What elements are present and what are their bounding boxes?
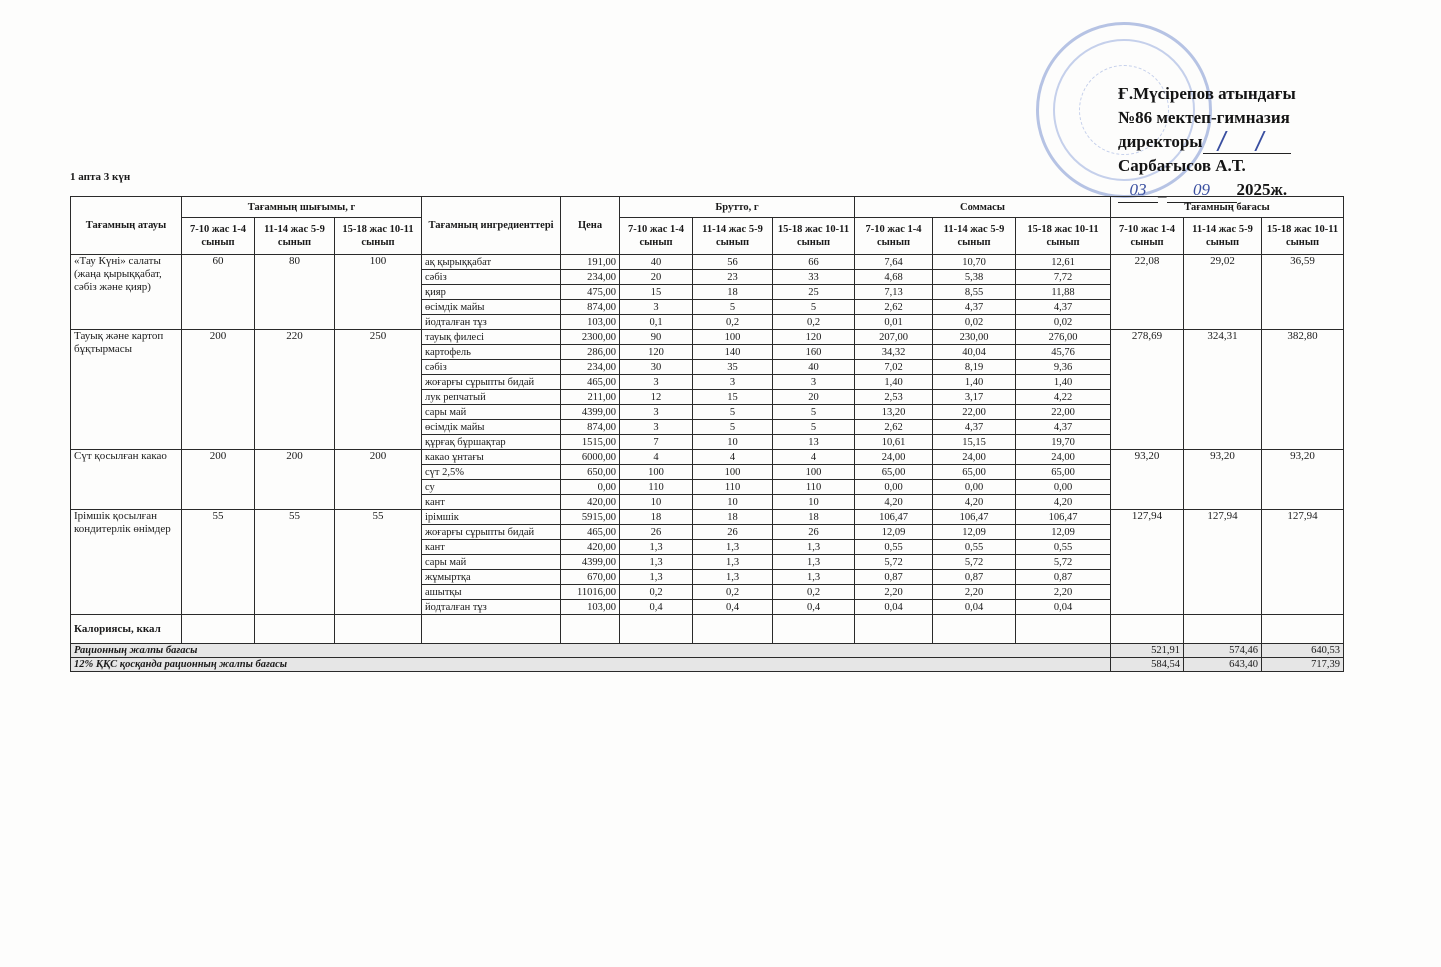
- brutto-age3: 120: [773, 330, 855, 345]
- ingredient-price: 465,00: [561, 375, 620, 390]
- ingredient-name: ірімшік: [422, 510, 561, 525]
- ingredient-price: 874,00: [561, 420, 620, 435]
- approval-line-name: Сарбағысов А.Т.: [1118, 154, 1296, 178]
- header-cost-group: Тағамның бағасы: [1111, 197, 1344, 218]
- dish-yield-age3: 55: [335, 510, 422, 615]
- ingredient-price: 650,00: [561, 465, 620, 480]
- dish-name: «Тау Күні» салаты (жаңа қырыққабат, сәбі…: [71, 255, 182, 330]
- brutto-age2: 100: [693, 465, 773, 480]
- dish-yield-age3: 200: [335, 450, 422, 510]
- brutto-age1: 12: [620, 390, 693, 405]
- brutto-age2: 4: [693, 450, 773, 465]
- brutto-age3: 25: [773, 285, 855, 300]
- ingredient-price: 475,00: [561, 285, 620, 300]
- brutto-age1: 30: [620, 360, 693, 375]
- ingredient-price: 4399,00: [561, 555, 620, 570]
- dish-name: Ірімшік қосылған кондитерлік өнімдер: [71, 510, 182, 615]
- sum-age3: 12,61: [1016, 255, 1111, 270]
- header-brutto-group: Брутто, г: [620, 197, 855, 218]
- ingredient-name: сары май: [422, 405, 561, 420]
- menu-table: Тағамның атауы Тағамның шығымы, г Тағамн…: [70, 196, 1344, 672]
- dish-cost-age3: 93,20: [1262, 450, 1344, 510]
- ingredient-name: ақ қырыққабат: [422, 255, 561, 270]
- brutto-age1: 3: [620, 375, 693, 390]
- approval-block: Ғ.Мүсірепов атындағы №86 мектеп-гимназия…: [1118, 82, 1296, 203]
- brutto-age3: 5: [773, 405, 855, 420]
- total-vat-row: 12% ҚҚС қосқанда рационның жалпы бағасы …: [71, 658, 1344, 672]
- sum-age3: 0,00: [1016, 480, 1111, 495]
- brutto-age2: 0,4: [693, 600, 773, 615]
- sum-age1: 207,00: [855, 330, 933, 345]
- sum-age2: 2,20: [933, 585, 1016, 600]
- header-sum-group: Соммасы: [855, 197, 1111, 218]
- sum-age3: 24,00: [1016, 450, 1111, 465]
- sum-age3: 19,70: [1016, 435, 1111, 450]
- total-age1: 521,91: [1111, 644, 1184, 658]
- brutto-age3: 26: [773, 525, 855, 540]
- brutto-age1: 3: [620, 420, 693, 435]
- brutto-age1: 1,3: [620, 540, 693, 555]
- ingredient-name: какао ұнтағы: [422, 450, 561, 465]
- brutto-age2: 0,2: [693, 315, 773, 330]
- brutto-age2: 15: [693, 390, 773, 405]
- total-vat-age1: 584,54: [1111, 658, 1184, 672]
- sum-age1: 4,68: [855, 270, 933, 285]
- sum-age2: 40,04: [933, 345, 1016, 360]
- sum-age2: 4,37: [933, 420, 1016, 435]
- ingredient-name: лук репчатый: [422, 390, 561, 405]
- sum-age3: 0,02: [1016, 315, 1111, 330]
- ingredient-price: 1515,00: [561, 435, 620, 450]
- sum-age1: 7,02: [855, 360, 933, 375]
- menu-body: «Тау Күні» салаты (жаңа қырыққабат, сәбі…: [71, 255, 1344, 615]
- sum-age3: 45,76: [1016, 345, 1111, 360]
- dish-yield-age2: 55: [255, 510, 335, 615]
- sum-age2: 0,04: [933, 600, 1016, 615]
- header-yield-age1: 7-10 жас 1-4 сынып: [182, 218, 255, 255]
- brutto-age3: 3: [773, 375, 855, 390]
- approval-line-school: Ғ.Мүсірепов атындағы: [1118, 82, 1296, 106]
- brutto-age3: 1,3: [773, 570, 855, 585]
- ingredient-name: жұмыртқа: [422, 570, 561, 585]
- sum-age1: 65,00: [855, 465, 933, 480]
- sum-age3: 4,37: [1016, 300, 1111, 315]
- ingredient-name: йодталған тұз: [422, 600, 561, 615]
- sum-age3: 2,20: [1016, 585, 1111, 600]
- header-yield-group: Тағамның шығымы, г: [182, 197, 422, 218]
- brutto-age1: 90: [620, 330, 693, 345]
- brutto-age2: 1,3: [693, 540, 773, 555]
- ingredient-price: 0,00: [561, 480, 620, 495]
- sum-age2: 65,00: [933, 465, 1016, 480]
- brutto-age3: 4: [773, 450, 855, 465]
- sum-age1: 1,40: [855, 375, 933, 390]
- dish-yield-age1: 60: [182, 255, 255, 330]
- dish-cost-age2: 29,02: [1184, 255, 1262, 330]
- ingredient-name: жоғарғы сұрыпты бидай: [422, 525, 561, 540]
- sum-age1: 7,64: [855, 255, 933, 270]
- dish-cost-age2: 127,94: [1184, 510, 1262, 615]
- brutto-age1: 1,3: [620, 570, 693, 585]
- dish-cost-age1: 22,08: [1111, 255, 1184, 330]
- dish-cost-age3: 382,80: [1262, 330, 1344, 450]
- brutto-age1: 110: [620, 480, 693, 495]
- ingredient-name: қияр: [422, 285, 561, 300]
- brutto-age3: 18: [773, 510, 855, 525]
- ingredient-price: 5915,00: [561, 510, 620, 525]
- sum-age2: 106,47: [933, 510, 1016, 525]
- brutto-age3: 1,3: [773, 555, 855, 570]
- ingredient-price: 670,00: [561, 570, 620, 585]
- brutto-age2: 140: [693, 345, 773, 360]
- sum-age1: 0,04: [855, 600, 933, 615]
- sum-age2: 22,00: [933, 405, 1016, 420]
- total-vat-age3: 717,39: [1262, 658, 1344, 672]
- brutto-age1: 100: [620, 465, 693, 480]
- header-cost-age3: 15-18 жас 10-11 сынып: [1262, 218, 1344, 255]
- sum-age1: 2,62: [855, 300, 933, 315]
- brutto-age2: 10: [693, 495, 773, 510]
- ingredient-name: құрғақ бұршақтар: [422, 435, 561, 450]
- sum-age2: 8,55: [933, 285, 1016, 300]
- brutto-age3: 0,2: [773, 585, 855, 600]
- dish-cost-age2: 93,20: [1184, 450, 1262, 510]
- calories-label: Калориясы, ккал: [71, 615, 182, 644]
- brutto-age1: 18: [620, 510, 693, 525]
- sum-age3: 5,72: [1016, 555, 1111, 570]
- dish-cost-age1: 278,69: [1111, 330, 1184, 450]
- ingredient-name: ашытқы: [422, 585, 561, 600]
- sum-age2: 0,02: [933, 315, 1016, 330]
- sum-age1: 2,20: [855, 585, 933, 600]
- menu-day-subtitle: 1 апта 3 күн: [70, 171, 130, 183]
- ingredient-row: Ірімшік қосылған кондитерлік өнімдер5555…: [71, 510, 1344, 525]
- dish-name: Сүт қосылған какао: [71, 450, 182, 510]
- brutto-age2: 10: [693, 435, 773, 450]
- brutto-age1: 10: [620, 495, 693, 510]
- dish-cost-age3: 127,94: [1262, 510, 1344, 615]
- sum-age3: 4,37: [1016, 420, 1111, 435]
- sum-age2: 12,09: [933, 525, 1016, 540]
- brutto-age2: 23: [693, 270, 773, 285]
- ingredient-row: Тауық және картоп бұқтырмасы200220250тау…: [71, 330, 1344, 345]
- ingredient-price: 11016,00: [561, 585, 620, 600]
- dish-yield-age2: 220: [255, 330, 335, 450]
- dish-yield-age3: 250: [335, 330, 422, 450]
- total-vat-age2: 643,40: [1184, 658, 1262, 672]
- sum-age3: 9,36: [1016, 360, 1111, 375]
- total-row: Рационның жалпы бағасы 521,91 574,46 640…: [71, 644, 1344, 658]
- brutto-age1: 0,1: [620, 315, 693, 330]
- sum-age3: 7,72: [1016, 270, 1111, 285]
- dish-yield-age1: 200: [182, 450, 255, 510]
- ingredient-name: сәбіз: [422, 360, 561, 375]
- brutto-age1: 15: [620, 285, 693, 300]
- sum-age2: 4,37: [933, 300, 1016, 315]
- header-brutto-age2: 11-14 жас 5-9 сынып: [693, 218, 773, 255]
- sum-age2: 0,87: [933, 570, 1016, 585]
- signature-line: [1203, 135, 1291, 154]
- approval-line-gymnasium: №86 мектеп-гимназия: [1118, 106, 1296, 130]
- brutto-age2: 5: [693, 300, 773, 315]
- ingredient-name: өсімдік майы: [422, 300, 561, 315]
- ingredient-price: 874,00: [561, 300, 620, 315]
- sum-age3: 0,87: [1016, 570, 1111, 585]
- ingredient-price: 103,00: [561, 600, 620, 615]
- dish-yield-age3: 100: [335, 255, 422, 330]
- dish-cost-age1: 127,94: [1111, 510, 1184, 615]
- ingredient-price: 6000,00: [561, 450, 620, 465]
- ingredient-name: картофель: [422, 345, 561, 360]
- brutto-age2: 110: [693, 480, 773, 495]
- header-yield-age3: 15-18 жас 10-11 сынып: [335, 218, 422, 255]
- ingredient-price: 191,00: [561, 255, 620, 270]
- brutto-age1: 3: [620, 300, 693, 315]
- ingredient-name: сары май: [422, 555, 561, 570]
- brutto-age3: 0,2: [773, 315, 855, 330]
- sum-age1: 7,13: [855, 285, 933, 300]
- header-sum-age2: 11-14 жас 5-9 сынып: [933, 218, 1016, 255]
- sum-age2: 10,70: [933, 255, 1016, 270]
- sum-age3: 4,22: [1016, 390, 1111, 405]
- brutto-age2: 5: [693, 405, 773, 420]
- brutto-age2: 3: [693, 375, 773, 390]
- sum-age3: 0,04: [1016, 600, 1111, 615]
- brutto-age1: 0,4: [620, 600, 693, 615]
- total-age3: 640,53: [1262, 644, 1344, 658]
- sum-age3: 276,00: [1016, 330, 1111, 345]
- sum-age1: 0,87: [855, 570, 933, 585]
- ingredient-name: жоғарғы сұрыпты бидай: [422, 375, 561, 390]
- sum-age1: 4,20: [855, 495, 933, 510]
- header-price: Цена: [561, 197, 620, 255]
- brutto-age3: 10: [773, 495, 855, 510]
- total-label: Рационның жалпы бағасы: [71, 644, 1111, 658]
- brutto-age2: 26: [693, 525, 773, 540]
- sum-age2: 4,20: [933, 495, 1016, 510]
- header-cost-age1: 7-10 жас 1-4 сынып: [1111, 218, 1184, 255]
- brutto-age1: 4: [620, 450, 693, 465]
- sum-age2: 0,55: [933, 540, 1016, 555]
- ingredient-row: «Тау Күні» салаты (жаңа қырыққабат, сәбі…: [71, 255, 1344, 270]
- brutto-age3: 33: [773, 270, 855, 285]
- dish-cost-age3: 36,59: [1262, 255, 1344, 330]
- ingredient-name: кант: [422, 495, 561, 510]
- ingredient-price: 103,00: [561, 315, 620, 330]
- brutto-age2: 56: [693, 255, 773, 270]
- brutto-age1: 1,3: [620, 555, 693, 570]
- sum-age2: 24,00: [933, 450, 1016, 465]
- sum-age1: 24,00: [855, 450, 933, 465]
- brutto-age2: 1,3: [693, 570, 773, 585]
- total-age2: 574,46: [1184, 644, 1262, 658]
- sum-age2: 15,15: [933, 435, 1016, 450]
- ingredient-price: 211,00: [561, 390, 620, 405]
- sum-age1: 12,09: [855, 525, 933, 540]
- sum-age3: 12,09: [1016, 525, 1111, 540]
- sum-age2: 8,19: [933, 360, 1016, 375]
- ingredient-name: сүт 2,5%: [422, 465, 561, 480]
- brutto-age2: 18: [693, 285, 773, 300]
- ingredient-name: йодталған тұз: [422, 315, 561, 330]
- brutto-age3: 5: [773, 300, 855, 315]
- ingredient-name: кант: [422, 540, 561, 555]
- sum-age1: 2,53: [855, 390, 933, 405]
- sum-age3: 1,40: [1016, 375, 1111, 390]
- brutto-age3: 1,3: [773, 540, 855, 555]
- ingredient-price: 234,00: [561, 270, 620, 285]
- sum-age2: 230,00: [933, 330, 1016, 345]
- brutto-age1: 0,2: [620, 585, 693, 600]
- dish-cost-age2: 324,31: [1184, 330, 1262, 450]
- sum-age2: 5,38: [933, 270, 1016, 285]
- header-cost-age2: 11-14 жас 5-9 сынып: [1184, 218, 1262, 255]
- header-dish-name: Тағамның атауы: [71, 197, 182, 255]
- ingredient-name: өсімдік майы: [422, 420, 561, 435]
- brutto-age2: 100: [693, 330, 773, 345]
- brutto-age3: 160: [773, 345, 855, 360]
- brutto-age1: 120: [620, 345, 693, 360]
- sum-age3: 22,00: [1016, 405, 1111, 420]
- total-vat-label: 12% ҚҚС қосқанда рационның жалпы бағасы: [71, 658, 1111, 672]
- ingredient-price: 420,00: [561, 540, 620, 555]
- brutto-age2: 0,2: [693, 585, 773, 600]
- calories-row: Калориясы, ккал: [71, 615, 1344, 644]
- ingredient-name: су: [422, 480, 561, 495]
- brutto-age1: 3: [620, 405, 693, 420]
- ingredient-name: тауық филесі: [422, 330, 561, 345]
- sum-age3: 11,88: [1016, 285, 1111, 300]
- sum-age3: 106,47: [1016, 510, 1111, 525]
- sum-age2: 1,40: [933, 375, 1016, 390]
- dish-yield-age1: 200: [182, 330, 255, 450]
- ingredient-price: 4399,00: [561, 405, 620, 420]
- header-brutto-age3: 15-18 жас 10-11 сынып: [773, 218, 855, 255]
- brutto-age2: 5: [693, 420, 773, 435]
- brutto-age1: 20: [620, 270, 693, 285]
- brutto-age1: 7: [620, 435, 693, 450]
- brutto-age3: 40: [773, 360, 855, 375]
- brutto-age1: 40: [620, 255, 693, 270]
- sum-age3: 4,20: [1016, 495, 1111, 510]
- sum-age1: 2,62: [855, 420, 933, 435]
- ingredient-price: 420,00: [561, 495, 620, 510]
- sum-age1: 0,00: [855, 480, 933, 495]
- header-yield-age2: 11-14 жас 5-9 сынып: [255, 218, 335, 255]
- brutto-age2: 18: [693, 510, 773, 525]
- approval-line-director: директоры: [1118, 130, 1296, 154]
- sum-age2: 5,72: [933, 555, 1016, 570]
- header-sum-age3: 15-18 жас 10-11 сынып: [1016, 218, 1111, 255]
- dish-cost-age1: 93,20: [1111, 450, 1184, 510]
- brutto-age3: 66: [773, 255, 855, 270]
- sum-age1: 34,32: [855, 345, 933, 360]
- brutto-age3: 0,4: [773, 600, 855, 615]
- dish-name: Тауық және картоп бұқтырмасы: [71, 330, 182, 450]
- brutto-age3: 5: [773, 420, 855, 435]
- sum-age2: 3,17: [933, 390, 1016, 405]
- ingredient-price: 465,00: [561, 525, 620, 540]
- dish-yield-age2: 80: [255, 255, 335, 330]
- sum-age3: 65,00: [1016, 465, 1111, 480]
- ingredient-price: 286,00: [561, 345, 620, 360]
- sum-age2: 0,00: [933, 480, 1016, 495]
- ingredient-price: 2300,00: [561, 330, 620, 345]
- brutto-age2: 35: [693, 360, 773, 375]
- brutto-age3: 20: [773, 390, 855, 405]
- dish-yield-age1: 55: [182, 510, 255, 615]
- sum-age1: 106,47: [855, 510, 933, 525]
- brutto-age3: 13: [773, 435, 855, 450]
- sum-age1: 0,01: [855, 315, 933, 330]
- sum-age1: 10,61: [855, 435, 933, 450]
- ingredient-row: Сүт қосылған какао200200200какао ұнтағы6…: [71, 450, 1344, 465]
- sum-age1: 0,55: [855, 540, 933, 555]
- brutto-age3: 100: [773, 465, 855, 480]
- ingredient-price: 234,00: [561, 360, 620, 375]
- sum-age3: 0,55: [1016, 540, 1111, 555]
- ingredient-name: сәбіз: [422, 270, 561, 285]
- header-sum-age1: 7-10 жас 1-4 сынып: [855, 218, 933, 255]
- sum-age1: 13,20: [855, 405, 933, 420]
- brutto-age3: 110: [773, 480, 855, 495]
- sum-age1: 5,72: [855, 555, 933, 570]
- header-ingredients: Тағамның ингредиенттері: [422, 197, 561, 255]
- brutto-age1: 26: [620, 525, 693, 540]
- dish-yield-age2: 200: [255, 450, 335, 510]
- brutto-age2: 1,3: [693, 555, 773, 570]
- header-brutto-age1: 7-10 жас 1-4 сынып: [620, 218, 693, 255]
